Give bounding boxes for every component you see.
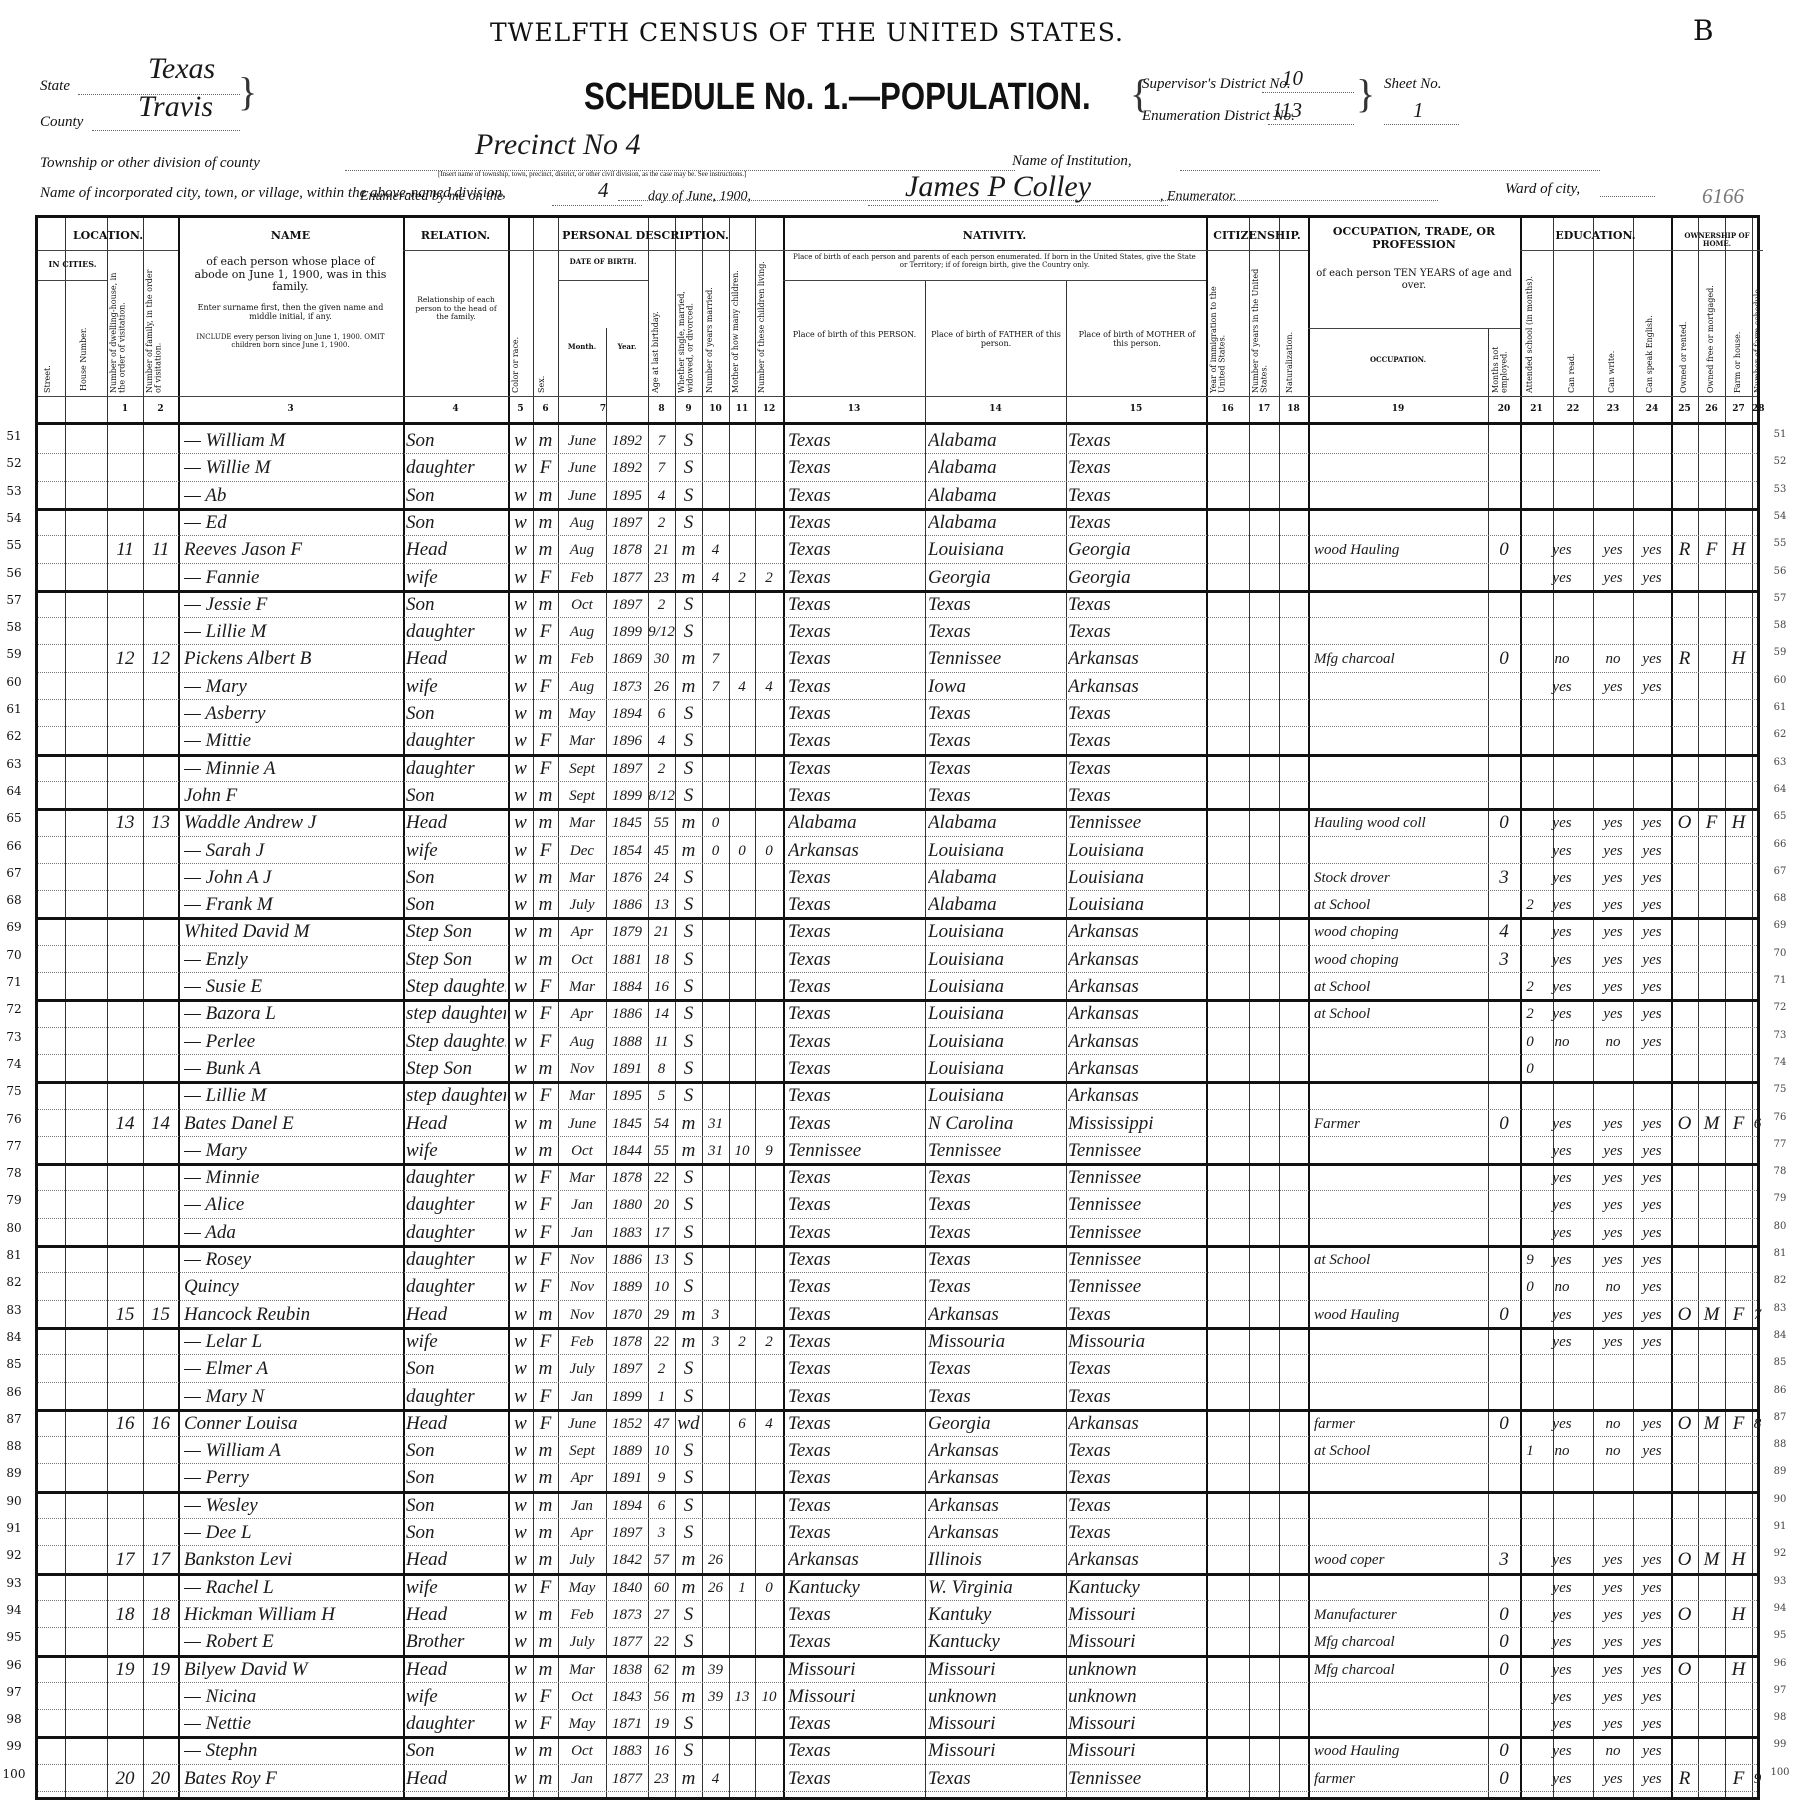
farm-house-field[interactable]	[1725, 1054, 1752, 1081]
birth-month-field[interactable]: June	[558, 1109, 606, 1136]
can-read-field[interactable]	[1538, 1054, 1586, 1081]
owned-rented-field[interactable]: O	[1671, 1600, 1698, 1627]
dwelling-number[interactable]	[107, 863, 143, 890]
sex-field[interactable]: m	[533, 1109, 558, 1136]
sex-field[interactable]: m	[533, 890, 558, 917]
birthplace-mother-field[interactable]: Georgia	[1068, 563, 1206, 590]
age-field[interactable]: 22	[648, 1163, 675, 1190]
birth-year-field[interactable]: 1881	[606, 945, 648, 972]
marital-status-field[interactable]: S	[675, 726, 702, 753]
relation-field[interactable]: Son	[406, 1518, 506, 1545]
attended-school-field[interactable]	[1520, 836, 1540, 863]
attended-school-field[interactable]: 1	[1520, 1436, 1540, 1463]
birthplace-mother-field[interactable]: Mississippi	[1068, 1109, 1206, 1136]
birth-year-field[interactable]: 1842	[606, 1545, 648, 1572]
free-mortgaged-field[interactable]	[1698, 1600, 1725, 1627]
relation-field[interactable]: Brother	[406, 1627, 506, 1654]
months-unemployed-field[interactable]	[1488, 1190, 1520, 1217]
years-married-field[interactable]	[702, 1027, 729, 1054]
birthplace-mother-field[interactable]: Tennissee	[1068, 1272, 1206, 1299]
birth-month-field[interactable]: Apr	[558, 999, 606, 1026]
dwelling-number[interactable]	[107, 590, 143, 617]
family-number[interactable]	[143, 754, 178, 781]
birthplace-father-field[interactable]: Louisiana	[928, 972, 1066, 999]
enumerated-day-field[interactable]: 4	[598, 178, 609, 203]
color-field[interactable]: w	[508, 808, 533, 835]
can-speak-english-field[interactable]: yes	[1633, 672, 1671, 699]
occupation-field[interactable]	[1314, 1054, 1488, 1081]
color-field[interactable]: w	[508, 863, 533, 890]
relation-field[interactable]: daughter	[406, 1245, 506, 1272]
owned-rented-field[interactable]	[1671, 1218, 1698, 1245]
birth-month-field[interactable]: Nov	[558, 1300, 606, 1327]
mother-of-field[interactable]: 4	[729, 672, 755, 699]
can-speak-english-field[interactable]: yes	[1633, 917, 1671, 944]
months-unemployed-field[interactable]	[1488, 1518, 1520, 1545]
sex-field[interactable]: m	[533, 1764, 558, 1791]
birth-year-field[interactable]: 1873	[606, 1600, 648, 1627]
name-field[interactable]: — Asberry	[184, 699, 403, 726]
mother-of-field[interactable]	[729, 1245, 755, 1272]
children-living-field[interactable]	[755, 535, 783, 562]
birthplace-mother-field[interactable]: Texas	[1068, 453, 1206, 480]
birthplace-person-field[interactable]: Texas	[788, 1600, 925, 1627]
farm-schedule-field[interactable]	[1752, 563, 1763, 590]
family-number[interactable]: 12	[143, 644, 178, 671]
owned-rented-field[interactable]	[1671, 1518, 1698, 1545]
birth-month-field[interactable]: July	[558, 1354, 606, 1381]
relation-field[interactable]: Son	[406, 781, 506, 808]
birthplace-person-field[interactable]: Texas	[788, 1409, 925, 1436]
children-living-field[interactable]	[755, 754, 783, 781]
occupation-field[interactable]: at School	[1314, 1245, 1488, 1272]
relation-field[interactable]: Son	[406, 590, 506, 617]
color-field[interactable]: w	[508, 1218, 533, 1245]
marital-status-field[interactable]: S	[675, 1382, 702, 1409]
name-field[interactable]: John F	[184, 781, 403, 808]
birth-month-field[interactable]: Mar	[558, 1655, 606, 1682]
occupation-field[interactable]	[1314, 754, 1488, 781]
attended-school-field[interactable]	[1520, 563, 1540, 590]
can-read-field[interactable]: yes	[1538, 1545, 1586, 1572]
children-living-field[interactable]	[755, 1300, 783, 1327]
can-speak-english-field[interactable]	[1633, 699, 1671, 726]
children-living-field[interactable]	[755, 1027, 783, 1054]
years-married-field[interactable]: 0	[702, 808, 729, 835]
attended-school-field[interactable]	[1520, 590, 1540, 617]
birth-month-field[interactable]: Aug	[558, 1027, 606, 1054]
farm-house-field[interactable]	[1725, 781, 1752, 808]
children-living-field[interactable]	[755, 972, 783, 999]
age-field[interactable]: 18	[648, 945, 675, 972]
farm-house-field[interactable]: H	[1725, 808, 1752, 835]
can-speak-english-field[interactable]	[1633, 453, 1671, 480]
birth-month-field[interactable]: Feb	[558, 644, 606, 671]
birth-year-field[interactable]: 1896	[606, 726, 648, 753]
children-living-field[interactable]	[755, 617, 783, 644]
farm-house-field[interactable]	[1725, 563, 1752, 590]
months-unemployed-field[interactable]: 3	[1488, 863, 1520, 890]
age-field[interactable]: 6	[648, 699, 675, 726]
farm-schedule-field[interactable]	[1752, 535, 1763, 562]
can-speak-english-field[interactable]	[1633, 1081, 1671, 1108]
children-living-field[interactable]: 10	[755, 1682, 783, 1709]
occupation-field[interactable]: at School	[1314, 1436, 1488, 1463]
owned-rented-field[interactable]	[1671, 563, 1698, 590]
mother-of-field[interactable]	[729, 1218, 755, 1245]
dwelling-number[interactable]	[107, 781, 143, 808]
occupation-field[interactable]	[1314, 836, 1488, 863]
marital-status-field[interactable]: S	[675, 1163, 702, 1190]
years-married-field[interactable]: 0	[702, 836, 729, 863]
children-living-field[interactable]	[755, 481, 783, 508]
relation-field[interactable]: Head	[406, 1545, 506, 1572]
color-field[interactable]: w	[508, 836, 533, 863]
family-number[interactable]	[143, 836, 178, 863]
occupation-field[interactable]	[1314, 563, 1488, 590]
attended-school-field[interactable]	[1520, 781, 1540, 808]
birth-month-field[interactable]: Mar	[558, 863, 606, 890]
birth-month-field[interactable]: June	[558, 1409, 606, 1436]
supervisor-field[interactable]: 10	[1282, 66, 1303, 91]
farm-schedule-field[interactable]	[1752, 426, 1763, 453]
dwelling-number[interactable]: 13	[107, 808, 143, 835]
family-number[interactable]	[143, 1709, 178, 1736]
family-number[interactable]: 11	[143, 535, 178, 562]
free-mortgaged-field[interactable]	[1698, 1190, 1725, 1217]
birth-month-field[interactable]: Nov	[558, 1054, 606, 1081]
attended-school-field[interactable]	[1520, 453, 1540, 480]
can-write-field[interactable]	[1593, 508, 1633, 535]
birth-month-field[interactable]: Jan	[558, 1218, 606, 1245]
relation-field[interactable]: daughter	[406, 1272, 506, 1299]
name-field[interactable]: Bates Roy F	[184, 1764, 403, 1791]
relation-field[interactable]: Son	[406, 426, 506, 453]
dwelling-number[interactable]: 19	[107, 1655, 143, 1682]
marital-status-field[interactable]: S	[675, 426, 702, 453]
family-number[interactable]	[143, 1736, 178, 1763]
relation-field[interactable]: Step Son	[406, 917, 506, 944]
owned-rented-field[interactable]	[1671, 1573, 1698, 1600]
children-living-field[interactable]	[755, 644, 783, 671]
can-read-field[interactable]	[1538, 1518, 1586, 1545]
marital-status-field[interactable]: S	[675, 1218, 702, 1245]
mother-of-field[interactable]	[729, 945, 755, 972]
owned-rented-field[interactable]	[1671, 726, 1698, 753]
years-married-field[interactable]: 39	[702, 1655, 729, 1682]
farm-house-field[interactable]	[1725, 1027, 1752, 1054]
children-living-field[interactable]	[755, 1054, 783, 1081]
sex-field[interactable]: m	[533, 644, 558, 671]
sex-field[interactable]: F	[533, 1190, 558, 1217]
children-living-field[interactable]	[755, 1081, 783, 1108]
birth-year-field[interactable]: 1878	[606, 1163, 648, 1190]
can-write-field[interactable]	[1593, 590, 1633, 617]
color-field[interactable]: w	[508, 1463, 533, 1490]
birthplace-mother-field[interactable]: Arkansas	[1068, 917, 1206, 944]
relation-field[interactable]: Head	[406, 535, 506, 562]
attended-school-field[interactable]: 0	[1520, 1027, 1540, 1054]
color-field[interactable]: w	[508, 1027, 533, 1054]
birthplace-mother-field[interactable]: Louisiana	[1068, 890, 1206, 917]
name-field[interactable]: — Lelar L	[184, 1327, 403, 1354]
can-read-field[interactable]: yes	[1538, 836, 1586, 863]
years-married-field[interactable]: 26	[702, 1573, 729, 1600]
color-field[interactable]: w	[508, 1327, 533, 1354]
color-field[interactable]: w	[508, 1190, 533, 1217]
mother-of-field[interactable]	[729, 1436, 755, 1463]
years-married-field[interactable]	[702, 1491, 729, 1518]
farm-schedule-field[interactable]	[1752, 1682, 1763, 1709]
owned-rented-field[interactable]	[1671, 1627, 1698, 1654]
years-married-field[interactable]	[702, 1736, 729, 1763]
birth-year-field[interactable]: 1897	[606, 590, 648, 617]
marital-status-field[interactable]: S	[675, 1081, 702, 1108]
birthplace-person-field[interactable]: Texas	[788, 617, 925, 644]
birthplace-father-field[interactable]: Kantucky	[928, 1627, 1066, 1654]
children-living-field[interactable]	[755, 1354, 783, 1381]
can-write-field[interactable]: yes	[1593, 1136, 1633, 1163]
name-field[interactable]: — Fannie	[184, 563, 403, 590]
name-field[interactable]: — Ada	[184, 1218, 403, 1245]
farm-house-field[interactable]	[1725, 1163, 1752, 1190]
sex-field[interactable]: F	[533, 999, 558, 1026]
age-field[interactable]: 2	[648, 590, 675, 617]
occupation-field[interactable]: farmer	[1314, 1409, 1488, 1436]
months-unemployed-field[interactable]: 0	[1488, 1627, 1520, 1654]
can-write-field[interactable]: yes	[1593, 1218, 1633, 1245]
dwelling-number[interactable]	[107, 945, 143, 972]
months-unemployed-field[interactable]	[1488, 1054, 1520, 1081]
birthplace-mother-field[interactable]: Texas	[1068, 1300, 1206, 1327]
birthplace-father-field[interactable]: Louisiana	[928, 1027, 1066, 1054]
birth-year-field[interactable]: 1895	[606, 481, 648, 508]
color-field[interactable]: w	[508, 999, 533, 1026]
sex-field[interactable]: m	[533, 917, 558, 944]
dwelling-number[interactable]	[107, 508, 143, 535]
age-field[interactable]: 56	[648, 1682, 675, 1709]
family-number[interactable]	[143, 672, 178, 699]
owned-rented-field[interactable]	[1671, 508, 1698, 535]
farm-schedule-field[interactable]	[1752, 999, 1763, 1026]
mother-of-field[interactable]	[729, 972, 755, 999]
farm-house-field[interactable]	[1725, 999, 1752, 1026]
township-field[interactable]: Precinct No 4	[475, 128, 641, 162]
mother-of-field[interactable]: 2	[729, 563, 755, 590]
relation-field[interactable]: daughter	[406, 1218, 506, 1245]
family-number[interactable]	[143, 1491, 178, 1518]
color-field[interactable]: w	[508, 1109, 533, 1136]
can-speak-english-field[interactable]: yes	[1633, 644, 1671, 671]
occupation-field[interactable]	[1314, 508, 1488, 535]
owned-rented-field[interactable]	[1671, 972, 1698, 999]
marital-status-field[interactable]: S	[675, 999, 702, 1026]
farm-schedule-field[interactable]	[1752, 1436, 1763, 1463]
marital-status-field[interactable]: S	[675, 617, 702, 644]
occupation-field[interactable]	[1314, 1518, 1488, 1545]
birth-month-field[interactable]: Jan	[558, 1764, 606, 1791]
can-speak-english-field[interactable]: yes	[1633, 563, 1671, 590]
attended-school-field[interactable]	[1520, 481, 1540, 508]
years-married-field[interactable]	[702, 1600, 729, 1627]
children-living-field[interactable]	[755, 1491, 783, 1518]
birthplace-mother-field[interactable]: Texas	[1068, 781, 1206, 808]
age-field[interactable]: 10	[648, 1272, 675, 1299]
birth-month-field[interactable]: June	[558, 481, 606, 508]
can-speak-english-field[interactable]: yes	[1633, 1736, 1671, 1763]
sex-field[interactable]: F	[533, 1573, 558, 1600]
occupation-field[interactable]: Hauling wood coll	[1314, 808, 1488, 835]
marital-status-field[interactable]: m	[675, 1300, 702, 1327]
marital-status-field[interactable]: S	[675, 481, 702, 508]
family-number[interactable]: 13	[143, 808, 178, 835]
farm-schedule-field[interactable]: 9	[1752, 1764, 1763, 1791]
name-field[interactable]: — Lillie M	[184, 1081, 403, 1108]
sex-field[interactable]: F	[533, 1218, 558, 1245]
name-field[interactable]: Hickman William H	[184, 1600, 403, 1627]
name-field[interactable]: Bates Danel E	[184, 1109, 403, 1136]
children-living-field[interactable]	[755, 1627, 783, 1654]
marital-status-field[interactable]: m	[675, 644, 702, 671]
can-read-field[interactable]: yes	[1538, 1655, 1586, 1682]
can-write-field[interactable]	[1593, 1463, 1633, 1490]
attended-school-field[interactable]	[1520, 644, 1540, 671]
birthplace-person-field[interactable]: Texas	[788, 1081, 925, 1108]
family-number[interactable]	[143, 1682, 178, 1709]
relation-field[interactable]: daughter	[406, 1190, 506, 1217]
birth-month-field[interactable]: Aug	[558, 535, 606, 562]
farm-house-field[interactable]	[1725, 617, 1752, 644]
can-speak-english-field[interactable]: yes	[1633, 890, 1671, 917]
years-married-field[interactable]	[702, 1436, 729, 1463]
children-living-field[interactable]	[755, 999, 783, 1026]
occupation-field[interactable]: Mfg charcoal	[1314, 1627, 1488, 1654]
relation-field[interactable]: wife	[406, 1327, 506, 1354]
birth-year-field[interactable]: 1888	[606, 1027, 648, 1054]
relation-field[interactable]: Head	[406, 1764, 506, 1791]
years-married-field[interactable]: 31	[702, 1136, 729, 1163]
family-number[interactable]	[143, 1436, 178, 1463]
years-married-field[interactable]	[702, 1409, 729, 1436]
name-field[interactable]: — Elmer A	[184, 1354, 403, 1381]
birth-year-field[interactable]: 1892	[606, 426, 648, 453]
birth-year-field[interactable]: 1845	[606, 1109, 648, 1136]
owned-rented-field[interactable]	[1671, 890, 1698, 917]
months-unemployed-field[interactable]	[1488, 781, 1520, 808]
dwelling-number[interactable]	[107, 1245, 143, 1272]
family-number[interactable]	[143, 1081, 178, 1108]
family-number[interactable]	[143, 1518, 178, 1545]
birth-year-field[interactable]: 1886	[606, 890, 648, 917]
name-field[interactable]: — Nettie	[184, 1709, 403, 1736]
farm-house-field[interactable]: H	[1725, 1600, 1752, 1627]
occupation-field[interactable]	[1314, 1491, 1488, 1518]
attended-school-field[interactable]	[1520, 1655, 1540, 1682]
age-field[interactable]: 10	[648, 1436, 675, 1463]
family-number[interactable]	[143, 699, 178, 726]
sex-field[interactable]: F	[533, 836, 558, 863]
color-field[interactable]: w	[508, 1682, 533, 1709]
birth-month-field[interactable]: Mar	[558, 1081, 606, 1108]
mother-of-field[interactable]	[729, 754, 755, 781]
free-mortgaged-field[interactable]	[1698, 1163, 1725, 1190]
can-write-field[interactable]: yes	[1593, 808, 1633, 835]
birthplace-person-field[interactable]: Texas	[788, 1109, 925, 1136]
months-unemployed-field[interactable]: 4	[1488, 917, 1520, 944]
color-field[interactable]: w	[508, 972, 533, 999]
can-read-field[interactable]	[1538, 699, 1586, 726]
months-unemployed-field[interactable]	[1488, 1136, 1520, 1163]
birth-year-field[interactable]: 1878	[606, 1327, 648, 1354]
years-married-field[interactable]	[702, 917, 729, 944]
occupation-field[interactable]: wood Hauling	[1314, 1300, 1488, 1327]
name-field[interactable]: Whited David M	[184, 917, 403, 944]
birthplace-person-field[interactable]: Texas	[788, 1736, 925, 1763]
months-unemployed-field[interactable]	[1488, 1081, 1520, 1108]
farm-house-field[interactable]	[1725, 590, 1752, 617]
can-read-field[interactable]: yes	[1538, 563, 1586, 590]
dwelling-number[interactable]	[107, 1682, 143, 1709]
relation-field[interactable]: daughter	[406, 1382, 506, 1409]
can-read-field[interactable]: yes	[1538, 1600, 1586, 1627]
birth-month-field[interactable]: Mar	[558, 1163, 606, 1190]
birth-month-field[interactable]: July	[558, 1545, 606, 1572]
can-read-field[interactable]	[1538, 1491, 1586, 1518]
birthplace-father-field[interactable]: Texas	[928, 1190, 1066, 1217]
attended-school-field[interactable]	[1520, 1764, 1540, 1791]
can-write-field[interactable]: no	[1593, 1027, 1633, 1054]
birthplace-father-field[interactable]: Georgia	[928, 563, 1066, 590]
marital-status-field[interactable]: S	[675, 1518, 702, 1545]
farm-schedule-field[interactable]: 8	[1752, 1409, 1763, 1436]
birth-year-field[interactable]: 1852	[606, 1409, 648, 1436]
age-field[interactable]: 14	[648, 999, 675, 1026]
years-married-field[interactable]	[702, 699, 729, 726]
free-mortgaged-field[interactable]	[1698, 1327, 1725, 1354]
occupation-field[interactable]	[1314, 781, 1488, 808]
family-number[interactable]	[143, 917, 178, 944]
birth-month-field[interactable]: Jan	[558, 1491, 606, 1518]
owned-rented-field[interactable]	[1671, 1327, 1698, 1354]
mother-of-field[interactable]	[729, 426, 755, 453]
age-field[interactable]: 16	[648, 1736, 675, 1763]
can-write-field[interactable]: yes	[1593, 1627, 1633, 1654]
birth-year-field[interactable]: 1889	[606, 1272, 648, 1299]
mother-of-field[interactable]	[729, 617, 755, 644]
dwelling-number[interactable]	[107, 836, 143, 863]
can-speak-english-field[interactable]	[1633, 590, 1671, 617]
birth-year-field[interactable]: 1873	[606, 672, 648, 699]
relation-field[interactable]: Step Son	[406, 1054, 506, 1081]
can-read-field[interactable]: yes	[1538, 890, 1586, 917]
farm-house-field[interactable]	[1725, 1463, 1752, 1490]
birthplace-father-field[interactable]: Louisiana	[928, 945, 1066, 972]
can-write-field[interactable]	[1593, 1491, 1633, 1518]
owned-rented-field[interactable]	[1671, 1436, 1698, 1463]
children-living-field[interactable]: 0	[755, 1573, 783, 1600]
can-speak-english-field[interactable]: yes	[1633, 1682, 1671, 1709]
mother-of-field[interactable]	[729, 699, 755, 726]
can-read-field[interactable]: yes	[1538, 1573, 1586, 1600]
birthplace-father-field[interactable]: Alabama	[928, 453, 1066, 480]
months-unemployed-field[interactable]: 3	[1488, 1545, 1520, 1572]
birth-month-field[interactable]: Oct	[558, 590, 606, 617]
can-read-field[interactable]	[1538, 726, 1586, 753]
mother-of-field[interactable]	[729, 1300, 755, 1327]
birthplace-person-field[interactable]: Texas	[788, 1463, 925, 1490]
occupation-field[interactable]: at School	[1314, 999, 1488, 1026]
attended-school-field[interactable]: 0	[1520, 1272, 1540, 1299]
